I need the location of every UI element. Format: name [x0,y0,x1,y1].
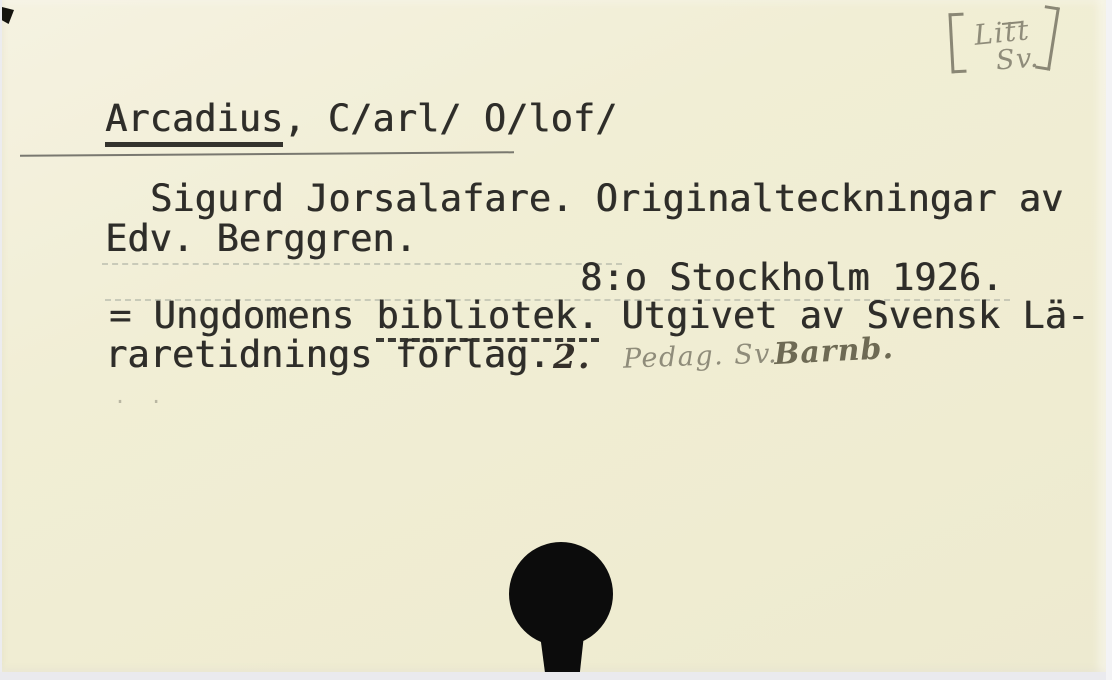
heading-rule-line [20,151,514,156]
series-line: = Ungdomens bibliotek. Utgivet av Svensk… [109,297,1089,334]
pencil-annotation-pedag-sv: Pedag. Sv. [623,338,779,374]
scan-corner-artifact [2,7,14,24]
imprint-line: 8:o Stockholm 1926. [580,259,1003,296]
heading-author-surname: Arcadius [105,97,283,147]
index-card: Litt Sv. Arcadius, C/arl/ O/lof/ Sigurd … [2,0,1106,672]
scan-background-bottom [0,672,1112,680]
heading-author-forenames: , C/arl/ O/lof/ [283,97,617,140]
scan-background-right [1106,0,1112,680]
pencil-annotation-barnb: Barnb. [773,331,895,372]
punch-hole-circle [509,542,613,646]
left-bracket-mark [948,13,966,74]
faint-pencil-marks: . . [114,384,168,408]
handwritten-series-number: 2. [553,337,591,376]
title-line: Sigurd Jorsalafare. Originalteckningar a… [150,180,1063,217]
series-continuation-line: raretidnings förlag. [105,336,551,373]
series-suffix: Utgivet av Svensk Lä- [599,294,1089,337]
scanned-catalog-card-page: Litt Sv. Arcadius, C/arl/ O/lof/ Sigurd … [0,0,1112,680]
classification-note-line2: Sv. [995,43,1041,77]
heading-author: Arcadius, C/arl/ O/lof/ [105,100,617,137]
author-line: Edv. Berggren. [105,220,417,257]
series-prefix: = Ungdomens [109,294,376,337]
faint-dashed-line-upper [102,263,622,265]
